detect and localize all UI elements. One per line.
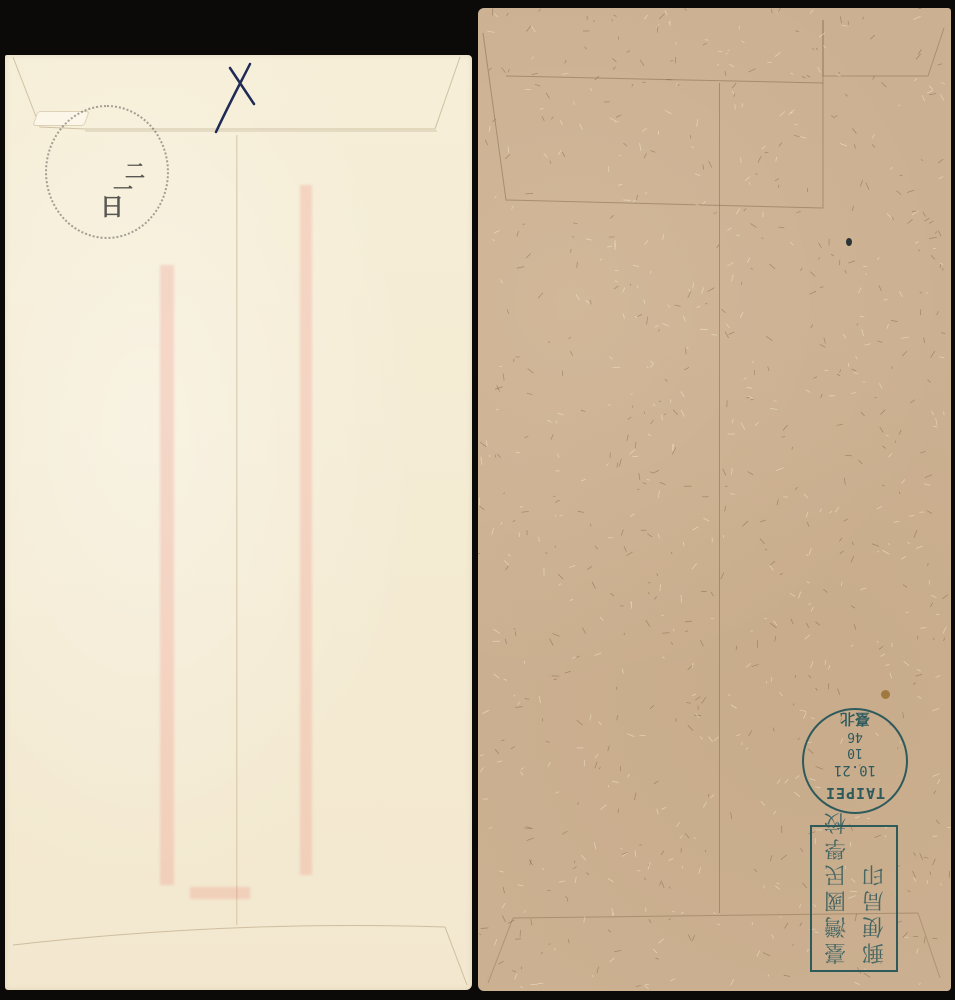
stain-speck [881,690,890,699]
black-postmark: 二 一 日 [45,95,170,245]
postmark-char: 日 [100,187,124,222]
ink-speck [846,238,852,246]
pen-cross-mark [208,60,268,140]
left-envelope-bottom-flap [5,915,472,990]
left-envelope-center-seam [236,135,238,925]
boxed-cachet: 臺灣國民學校 郵便局印 [810,825,898,972]
postmark-hour: 10 [804,745,906,760]
taipei-postmark: TAIPEI 10.21 10 46 臺北 [802,708,908,814]
cachet-column-1: 臺灣國民學校 [818,808,852,964]
cachet-column-2: 郵便局印 [856,860,890,964]
postmark-city-chinese: 臺北 [804,709,906,730]
postmark-city-latin: TAIPEI [804,784,906,802]
right-envelope-center-seam [719,83,720,913]
red-show-through [300,185,312,875]
red-show-through [160,265,174,885]
red-show-through [190,887,250,899]
postmark-year: 46 [804,729,906,744]
postmark-date: 10.21 [804,762,906,778]
